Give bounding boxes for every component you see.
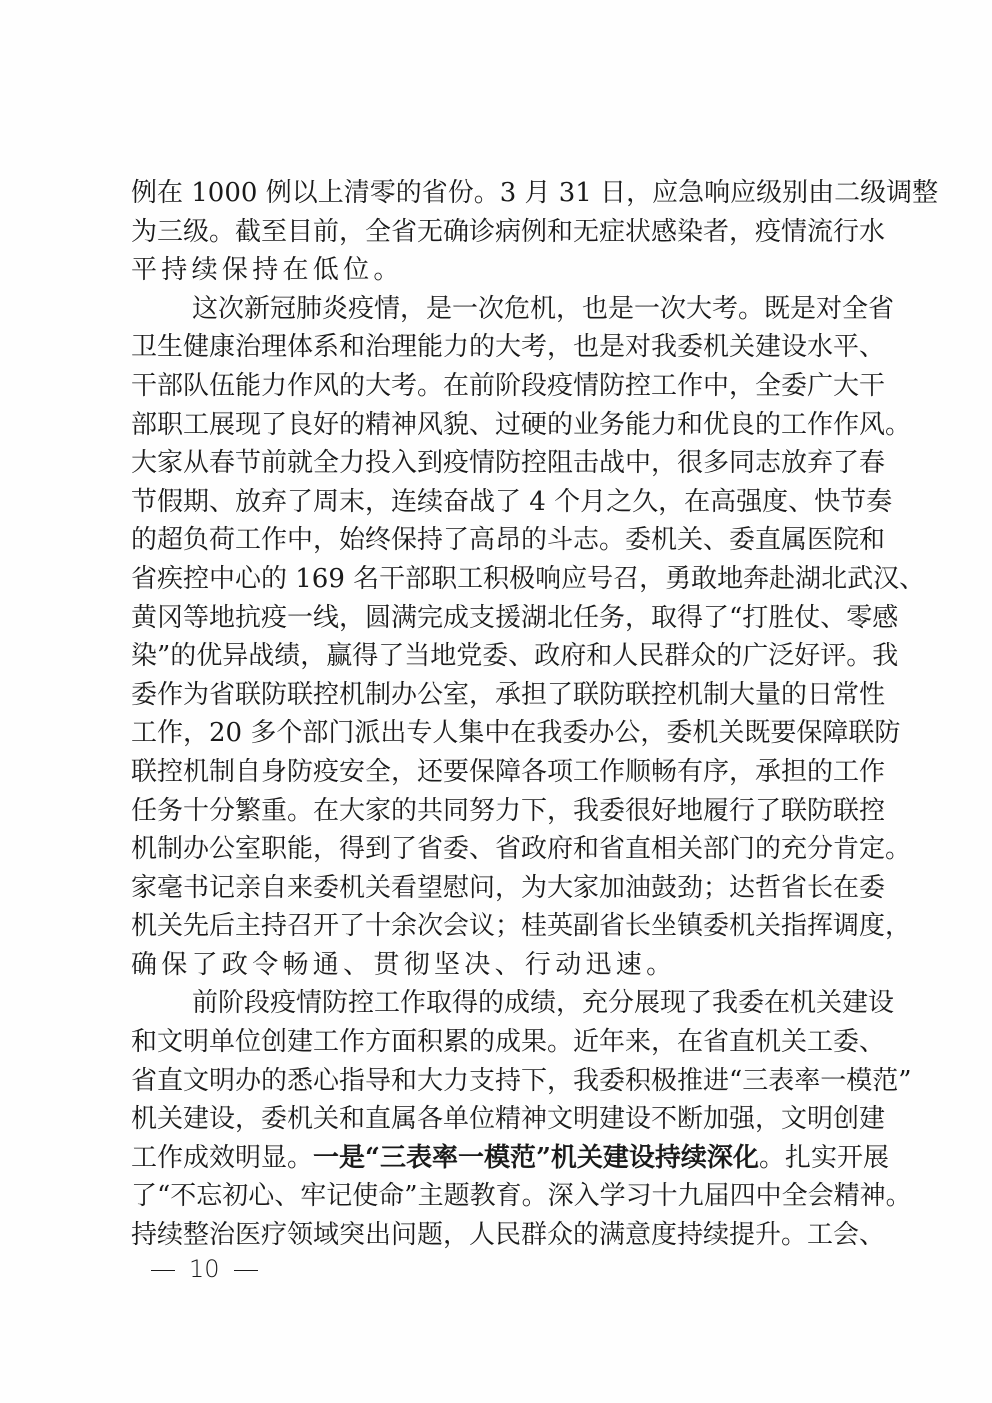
- text-line: 确保了政令畅通、贯彻坚决、行动迅速。: [131, 946, 865, 985]
- text-line: 卫生健康治理体系和治理能力的大考，也是对我委机关建设水平、: [131, 328, 865, 367]
- text-line: 省直文明办的悉心指导和大力支持下，我委积极推进“三表率一模范”: [131, 1062, 865, 1101]
- text-run: 。扎实开展: [759, 1143, 889, 1173]
- text-line: 省疾控中心的 169 名干部职工积极响应号召，勇敢地奔赴湖北武汉、: [131, 560, 865, 599]
- text-line: 机关建设，委机关和直属各单位精神文明建设不断加强，文明创建: [131, 1100, 865, 1139]
- text-line: 任务十分繁重。在大家的共同努力下，我委很好地履行了联防联控: [131, 792, 865, 831]
- text-line: 和文明单位创建工作方面积累的成果。近年来，在省直机关工委、: [131, 1023, 865, 1062]
- em-dash-right: [234, 1270, 258, 1272]
- text-line: 委作为省联防联控机制办公室，承担了联防联控机制大量的日常性: [131, 676, 865, 715]
- text-line: 干部队伍能力作风的大考。在前阶段疫情防控工作中，全委广大干: [131, 367, 865, 406]
- text-line: 染”的优异战绩，赢得了当地党委、政府和人民群众的广泛好评。我: [131, 637, 865, 676]
- text-line: 的超负荷工作中，始终保持了高昂的斗志。委机关、委直属医院和: [131, 521, 865, 560]
- text-line: 为三级。截至目前，全省无确诊病例和无症状感染者，疫情流行水: [131, 213, 865, 252]
- text-line: 家毫书记亲自来委机关看望慰问，为大家加油鼓劲；达哲省长在委: [131, 869, 865, 908]
- text-line: 持续整治医疗领域突出问题，人民群众的满意度持续提升。工会、: [131, 1216, 865, 1255]
- bold-subheading: 一是“三表率一模范”机关建设持续深化: [313, 1143, 759, 1173]
- page-number: 10: [151, 1254, 258, 1284]
- text-line: 工作，20 多个部门派出专人集中在我委办公，委机关既要保障联防: [131, 714, 865, 753]
- text-line: 节假期、放弃了周末，连续奋战了 4 个月之久，在高强度、快节奏: [131, 483, 865, 522]
- text-line: 联控机制自身防疫安全，还要保障各项工作顺畅有序，承担的工作: [131, 753, 865, 792]
- text-line-with-bold-heading: 工作成效明显。一是“三表率一模范”机关建设持续深化。扎实开展: [131, 1139, 865, 1178]
- em-dash-left: [151, 1270, 175, 1272]
- text-run: 工作成效明显。: [131, 1143, 313, 1173]
- text-line: 了“不忘初心、牢记使命”主题教育。深入学习十九届四中全会精神。: [131, 1177, 865, 1216]
- document-page: 例在 1000 例以上清零的省份。3 月 31 日，应急响应级别由二级调整 为三…: [0, 0, 992, 1403]
- text-line: 平持续保持在低位。: [131, 251, 865, 290]
- text-line: 例在 1000 例以上清零的省份。3 月 31 日，应急响应级别由二级调整: [131, 174, 865, 213]
- text-line: 前阶段疫情防控工作取得的成绩，充分展现了我委在机关建设: [131, 984, 865, 1023]
- text-line: 机制办公室职能，得到了省委、省政府和省直相关部门的充分肯定。: [131, 830, 865, 869]
- text-line: 机关先后主持召开了十余次会议；桂英副省长坐镇委机关指挥调度，: [131, 907, 865, 946]
- text-line: 大家从春节前就全力投入到疫情防控阻击战中，很多同志放弃了春: [131, 444, 865, 483]
- text-line: 黄冈等地抗疫一线，圆满完成支援湖北任务，取得了“打胜仗、零感: [131, 599, 865, 638]
- body-text: 例在 1000 例以上清零的省份。3 月 31 日，应急响应级别由二级调整 为三…: [131, 174, 865, 1255]
- text-line: 部职工展现了良好的精神风貌、过硬的业务能力和优良的工作作风。: [131, 406, 865, 445]
- text-line: 这次新冠肺炎疫情，是一次危机，也是一次大考。既是对全省: [131, 290, 865, 329]
- page-number-value: 10: [189, 1254, 220, 1284]
